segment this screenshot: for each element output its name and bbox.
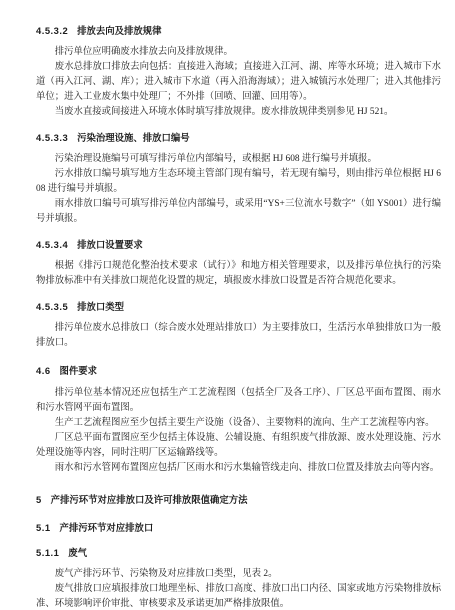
paragraph: 生产工艺流程图应至少包括主要生产设施（设备）、主要物料的流向、生产工艺流程等内容… bbox=[36, 416, 441, 431]
clause-title: 污染治理设施、排放口编号 bbox=[77, 132, 190, 143]
clause-title: 图件要求 bbox=[59, 365, 97, 376]
clause-number: 5.1 bbox=[36, 522, 51, 533]
section-heading: 4.5.3.5排放口类型 bbox=[36, 299, 441, 314]
clause-title: 排放去向及排放规律 bbox=[77, 25, 161, 36]
clause-title: 排放口类型 bbox=[77, 301, 124, 312]
section-heading: 4.5.3.4排放口设置要求 bbox=[36, 237, 441, 252]
paragraph: 污水排放口编号填写地方生态环境主管部门现有编号，若无现有编号，则由排污单位根据 … bbox=[36, 167, 441, 197]
clause-title: 产排污环节对应排放口及许可排放限值确定方法 bbox=[51, 494, 248, 505]
paragraph: 污染治理设施编号可填写排污单位内部编号，或根据 HJ 608 进行编号并填报。 bbox=[36, 152, 441, 167]
paragraph: 废气产排污环节、污染物及对应排放口类型，见表 2。 bbox=[36, 567, 441, 582]
paragraph: 厂区总平面布置图应至少包括主体设施、公辅设施、有组织废气排放源、废水处理设施、污… bbox=[36, 431, 441, 461]
section-heading: 5产排污环节对应排放口及许可排放限值确定方法 bbox=[36, 492, 441, 507]
clause-number: 4.5.3.5 bbox=[36, 301, 68, 312]
clause-title: 产排污环节对应排放口 bbox=[59, 522, 153, 533]
paragraph: 当废水直接或间接进入环境水体时填写排放规律。废水排放规律类别参见 HJ 521。 bbox=[36, 105, 441, 120]
clause-title: 排放口设置要求 bbox=[77, 239, 143, 250]
clause-number: 5.1.1 bbox=[36, 547, 59, 558]
clause-title: 废气 bbox=[68, 547, 87, 558]
paragraph: 雨水排放口编号可填写排污单位内部编号，或采用“YS+三位流水号数字”（如 YS0… bbox=[36, 197, 441, 227]
paragraph: 排污单位应明确废水排放去向及排放规律。 bbox=[36, 45, 441, 60]
section-heading: 4.6图件要求 bbox=[36, 363, 441, 378]
section-heading: 5.1产排污环节对应排放口 bbox=[36, 520, 441, 535]
clause-number: 4.5.3.4 bbox=[36, 239, 68, 250]
document-body: 4.5.3.2排放去向及排放规律排污单位应明确废水排放去向及排放规律。废水总排放… bbox=[36, 23, 441, 610]
document-page: 4.5.3.2排放去向及排放规律排污单位应明确废水排放去向及排放规律。废水总排放… bbox=[0, 0, 455, 610]
paragraph: 根据《排污口规范化整治技术要求（试行）》和地方相关管理要求，以及排污单位执行的污… bbox=[36, 259, 441, 289]
paragraph: 废气排放口应填报排放口地理坐标、排放口高度、排放口出口内径、国家或地方污染物排放… bbox=[36, 582, 441, 610]
section-heading: 5.1.1废气 bbox=[36, 545, 441, 560]
clause-number: 5 bbox=[36, 494, 42, 505]
clause-number: 4.6 bbox=[36, 365, 51, 376]
clause-number: 4.5.3.3 bbox=[36, 132, 68, 143]
paragraph: 雨水和污水管网布置图应包括厂区雨水和污水集输管线走向、排放口位置及排放去向等内容… bbox=[36, 461, 441, 476]
section-heading: 4.5.3.2排放去向及排放规律 bbox=[36, 23, 441, 38]
paragraph: 废水总排放口排放去向包括：直接进入海域；直接进入江河、湖、库等水环境；进入城市下… bbox=[36, 60, 441, 105]
paragraph: 排污单位基本情况还应包括生产工艺流程图（包括全厂及各工序）、厂区总平面布置图、雨… bbox=[36, 386, 441, 416]
clause-number: 4.5.3.2 bbox=[36, 25, 68, 36]
section-heading: 4.5.3.3污染治理设施、排放口编号 bbox=[36, 130, 441, 145]
paragraph: 排污单位废水总排放口（综合废水处理站排放口）为主要排放口，生活污水单独排放口为一… bbox=[36, 321, 441, 351]
